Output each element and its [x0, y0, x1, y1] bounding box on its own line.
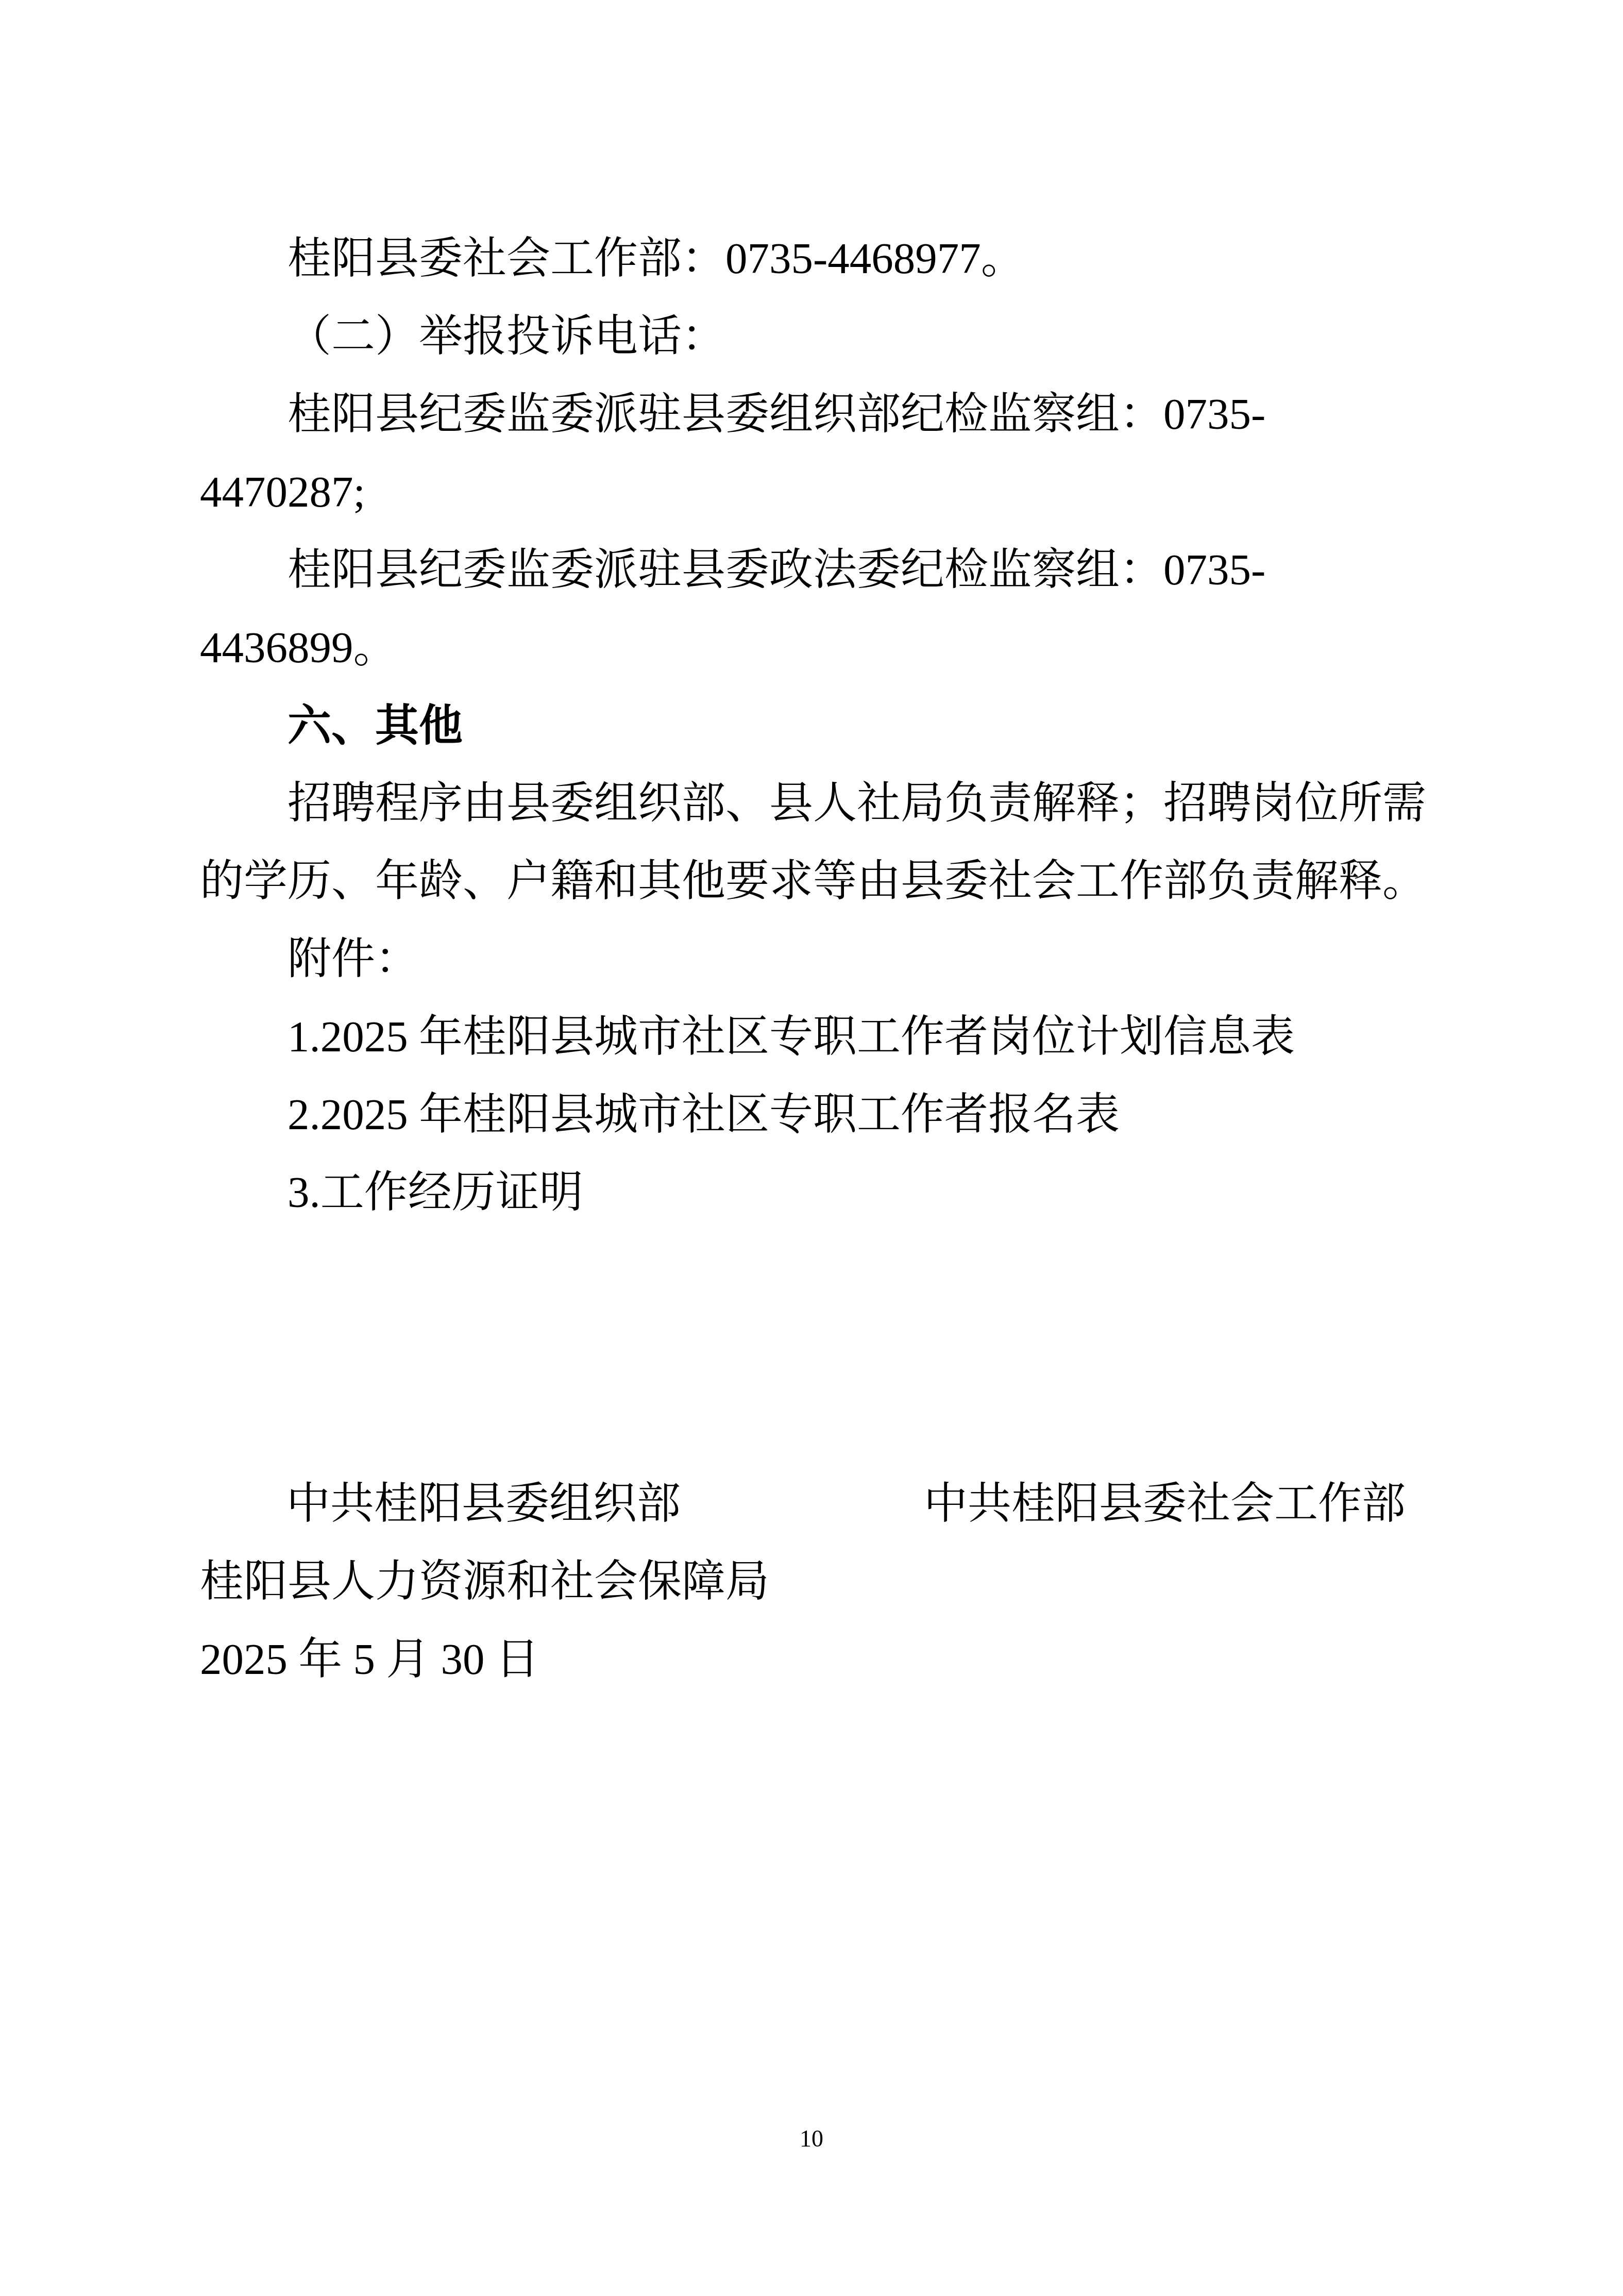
report-phone-line-2: 桂阳县纪委监委派驻县委政法委纪检监察组：0735-4436899。: [200, 531, 1426, 687]
attachment-item-2: 2.2025 年桂阳县城市社区专职工作者报名表: [200, 1076, 1426, 1154]
explanation-paragraph-line-1: 招聘程序由县委组织部、县人社局负责解释；招聘岗位所需: [200, 765, 1426, 843]
document-page: 桂阳县委社会工作部：0735-4468977。 （二）举报投诉电话： 桂阳县纪委…: [0, 0, 1623, 2296]
signature-center-org: 桂阳县人力资源和社会保障局: [200, 1543, 1426, 1621]
attachment-item-1: 1.2025 年桂阳县城市社区专职工作者岗位计划信息表: [200, 998, 1426, 1076]
section-heading-other: 六、其他: [200, 687, 1426, 765]
report-phone-heading: （二）举报投诉电话：: [200, 298, 1426, 376]
signature-left-org: 中共桂阳县委组织部: [286, 1465, 681, 1543]
document-body: 桂阳县委社会工作部：0735-4468977。 （二）举报投诉电话： 桂阳县纪委…: [200, 220, 1426, 1699]
attachments-label: 附件：: [200, 920, 1426, 998]
signature-date: 2025 年 5 月 30 日: [200, 1621, 1426, 1699]
report-phone-line-1: 桂阳县纪委监委派驻县委组织部纪检监察组：0735-4470287;: [200, 376, 1426, 531]
signature-right-org: 中共桂阳县委社会工作部: [924, 1465, 1406, 1543]
page-number: 10: [0, 2123, 1623, 2154]
signature-row: 中共桂阳县委组织部 中共桂阳县委社会工作部: [200, 1465, 1426, 1543]
explanation-paragraph-line-2: 的学历、年龄、户籍和其他要求等由县委社会工作部负责解释。: [200, 843, 1426, 920]
contact-phone-line: 桂阳县委社会工作部：0735-4468977。: [200, 220, 1426, 298]
attachment-item-3: 3.工作经历证明: [200, 1154, 1426, 1232]
